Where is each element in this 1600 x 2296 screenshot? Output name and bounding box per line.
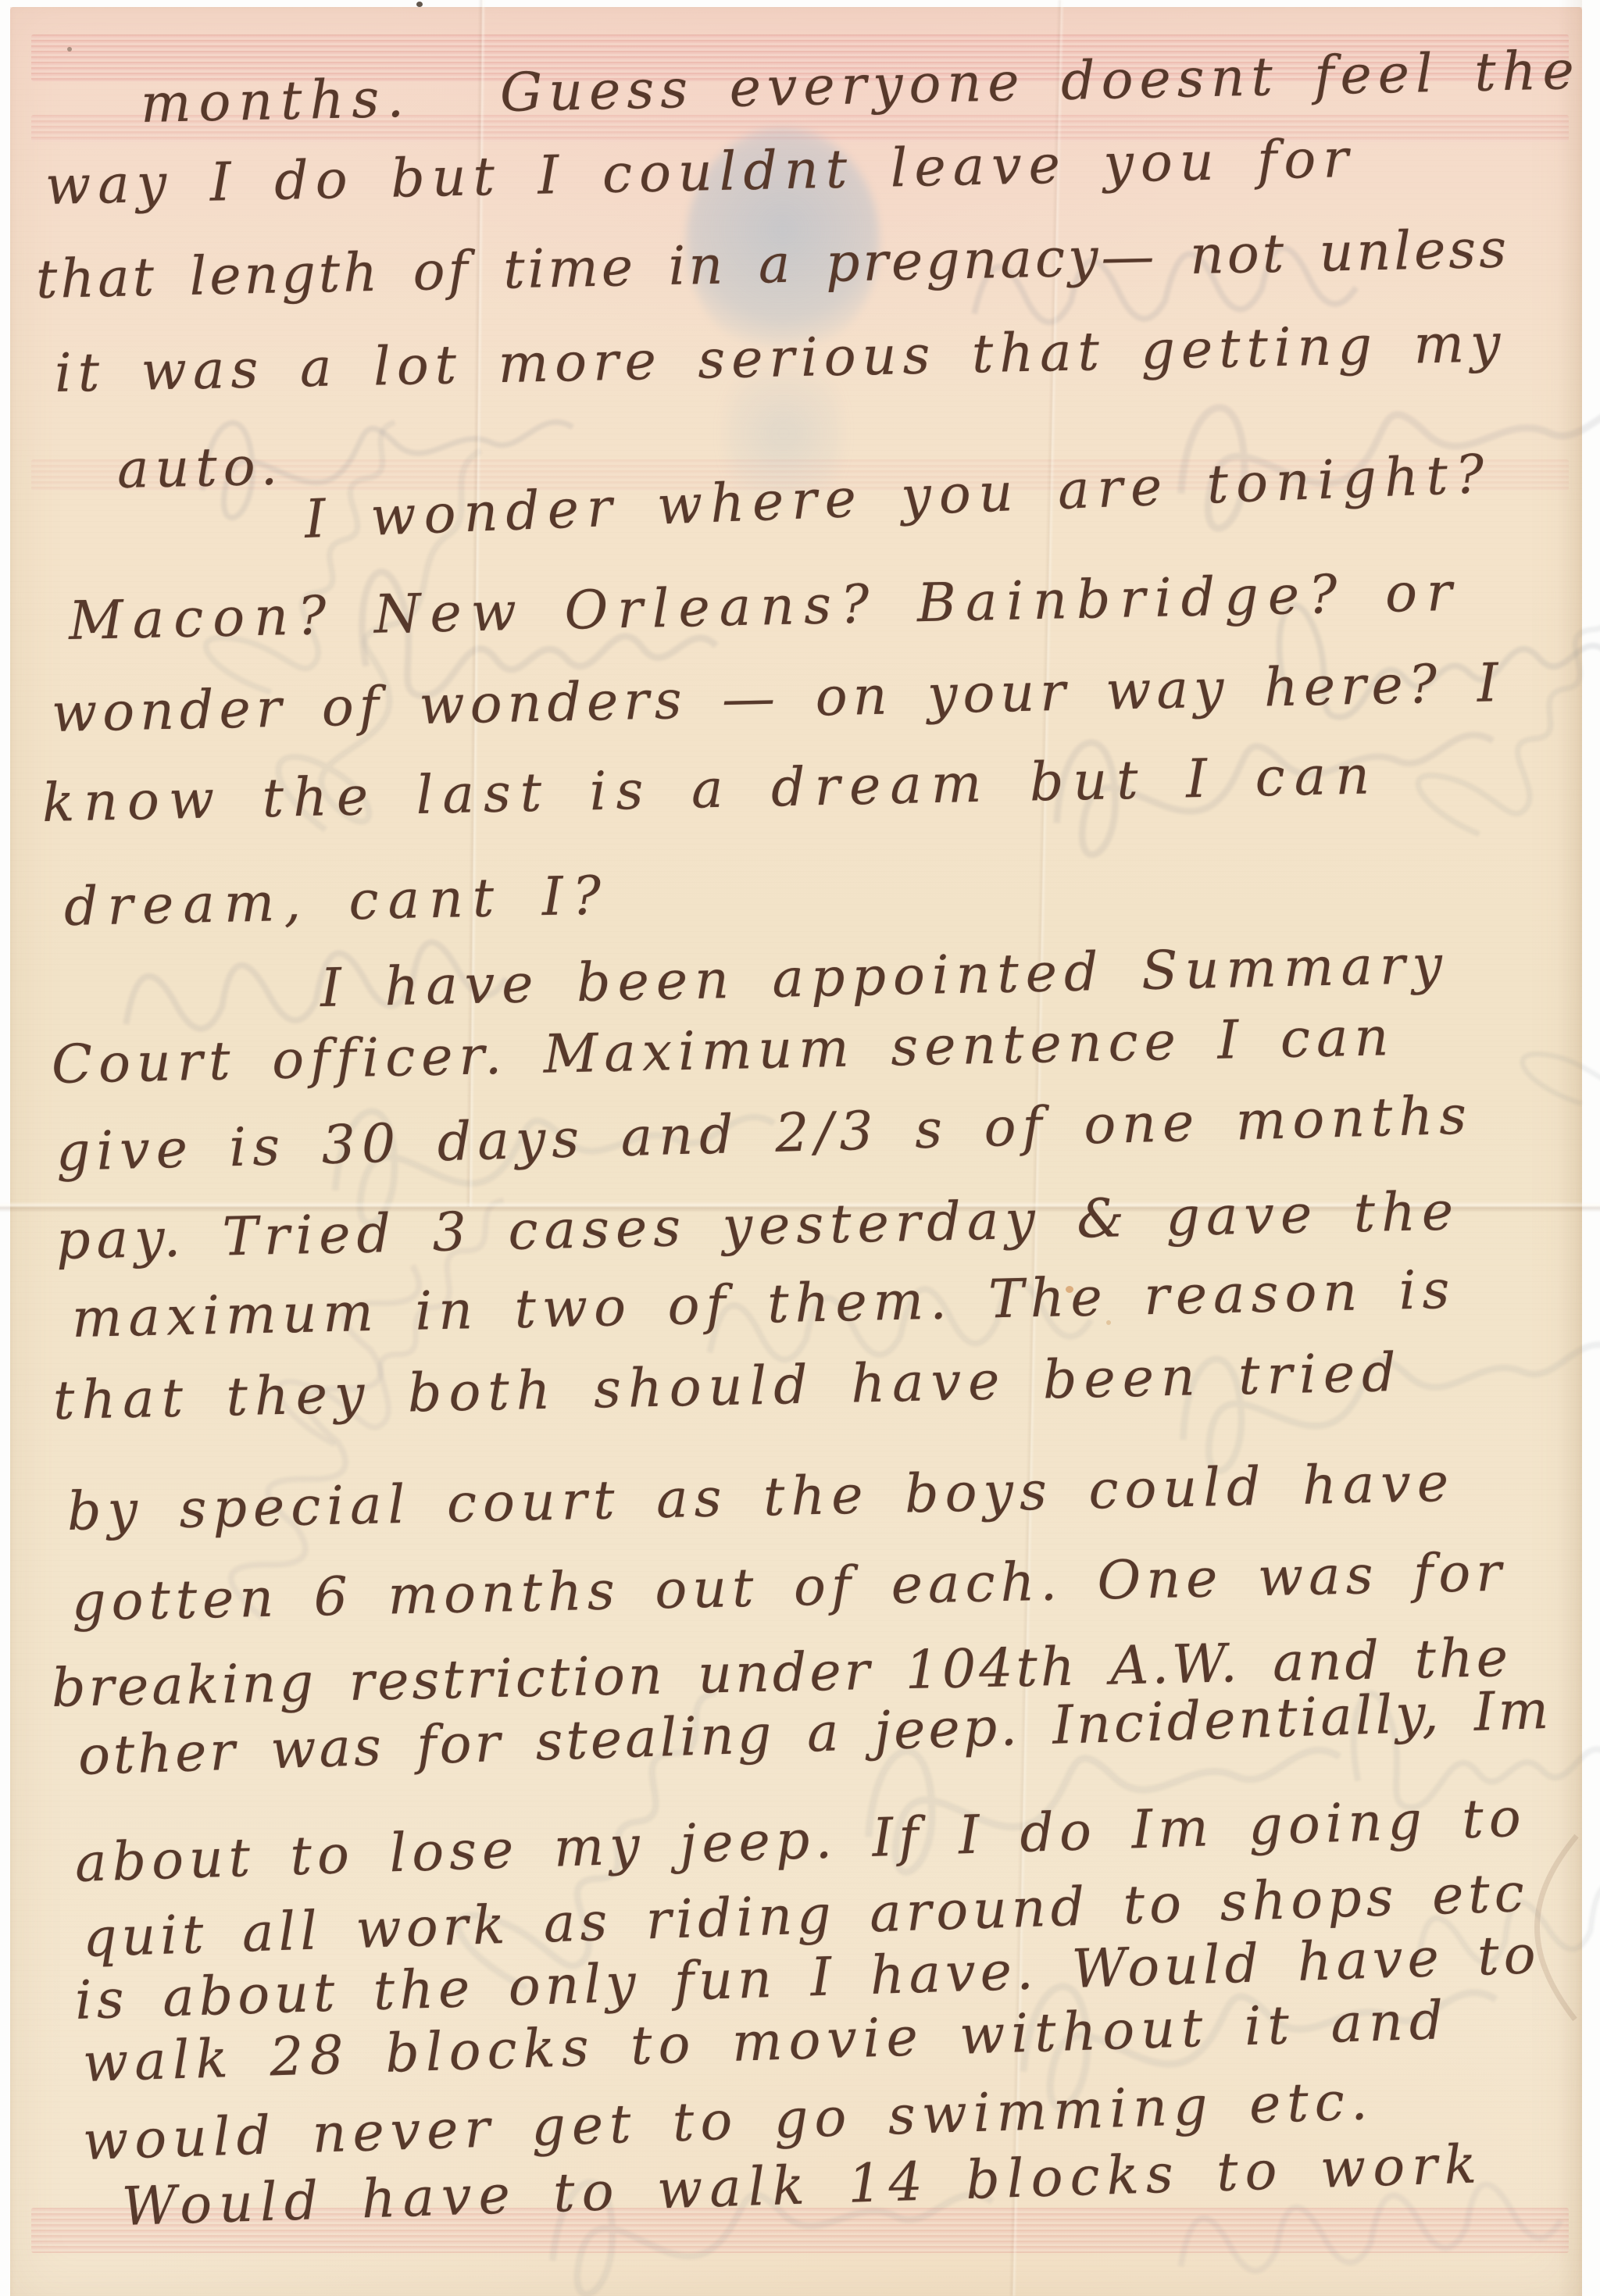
handwriting-line: pay. Tried 3 cases yesterday & gave the xyxy=(55,1185,1459,1268)
handwriting-line: wonder of wonders — on your way here? I xyxy=(51,657,1504,741)
handwriting-line: I wonder where you are tonight? xyxy=(304,448,1493,547)
handwriting-line: auto. xyxy=(116,441,284,497)
handwriting-line: know the last is a dream but I can xyxy=(41,749,1379,830)
handwriting-line: months. xyxy=(140,73,412,131)
handwriting-line: I have been appointed Summary xyxy=(320,939,1449,1016)
handwriting-line: give is 30 days and 2/3 s of one months xyxy=(55,1090,1473,1180)
handwriting-line: by special court as the boys could have xyxy=(66,1457,1455,1539)
handwriting-line: that length of time in a pregnacy— not u… xyxy=(35,223,1509,307)
handwriting-line: Court officer. Maximum sentence I can xyxy=(51,1011,1395,1092)
handwriting-line: Macon? New Orleans? Bainbridge? or xyxy=(68,566,1462,648)
handwriting-line: maximum in two of them. The reason is xyxy=(71,1264,1456,1346)
handwriting-line: gotten 6 months out of each. One was for xyxy=(71,1547,1507,1630)
scanned-letter-page: months. Guess everyone doesnt feel the w… xyxy=(0,0,1600,2296)
handwriting-layer: months. Guess everyone doesnt feel the w… xyxy=(0,0,1600,2296)
handwriting-line: it was a lot more serious that getting m… xyxy=(54,317,1507,401)
handwriting-line: that they both should have been tried xyxy=(52,1347,1403,1428)
handwriting-line: dream, cant I? xyxy=(63,869,610,934)
handwriting-line: Guess everyone doesnt feel the xyxy=(499,45,1580,120)
handwriting-line: way I do but I couldnt leave you for xyxy=(45,133,1355,213)
